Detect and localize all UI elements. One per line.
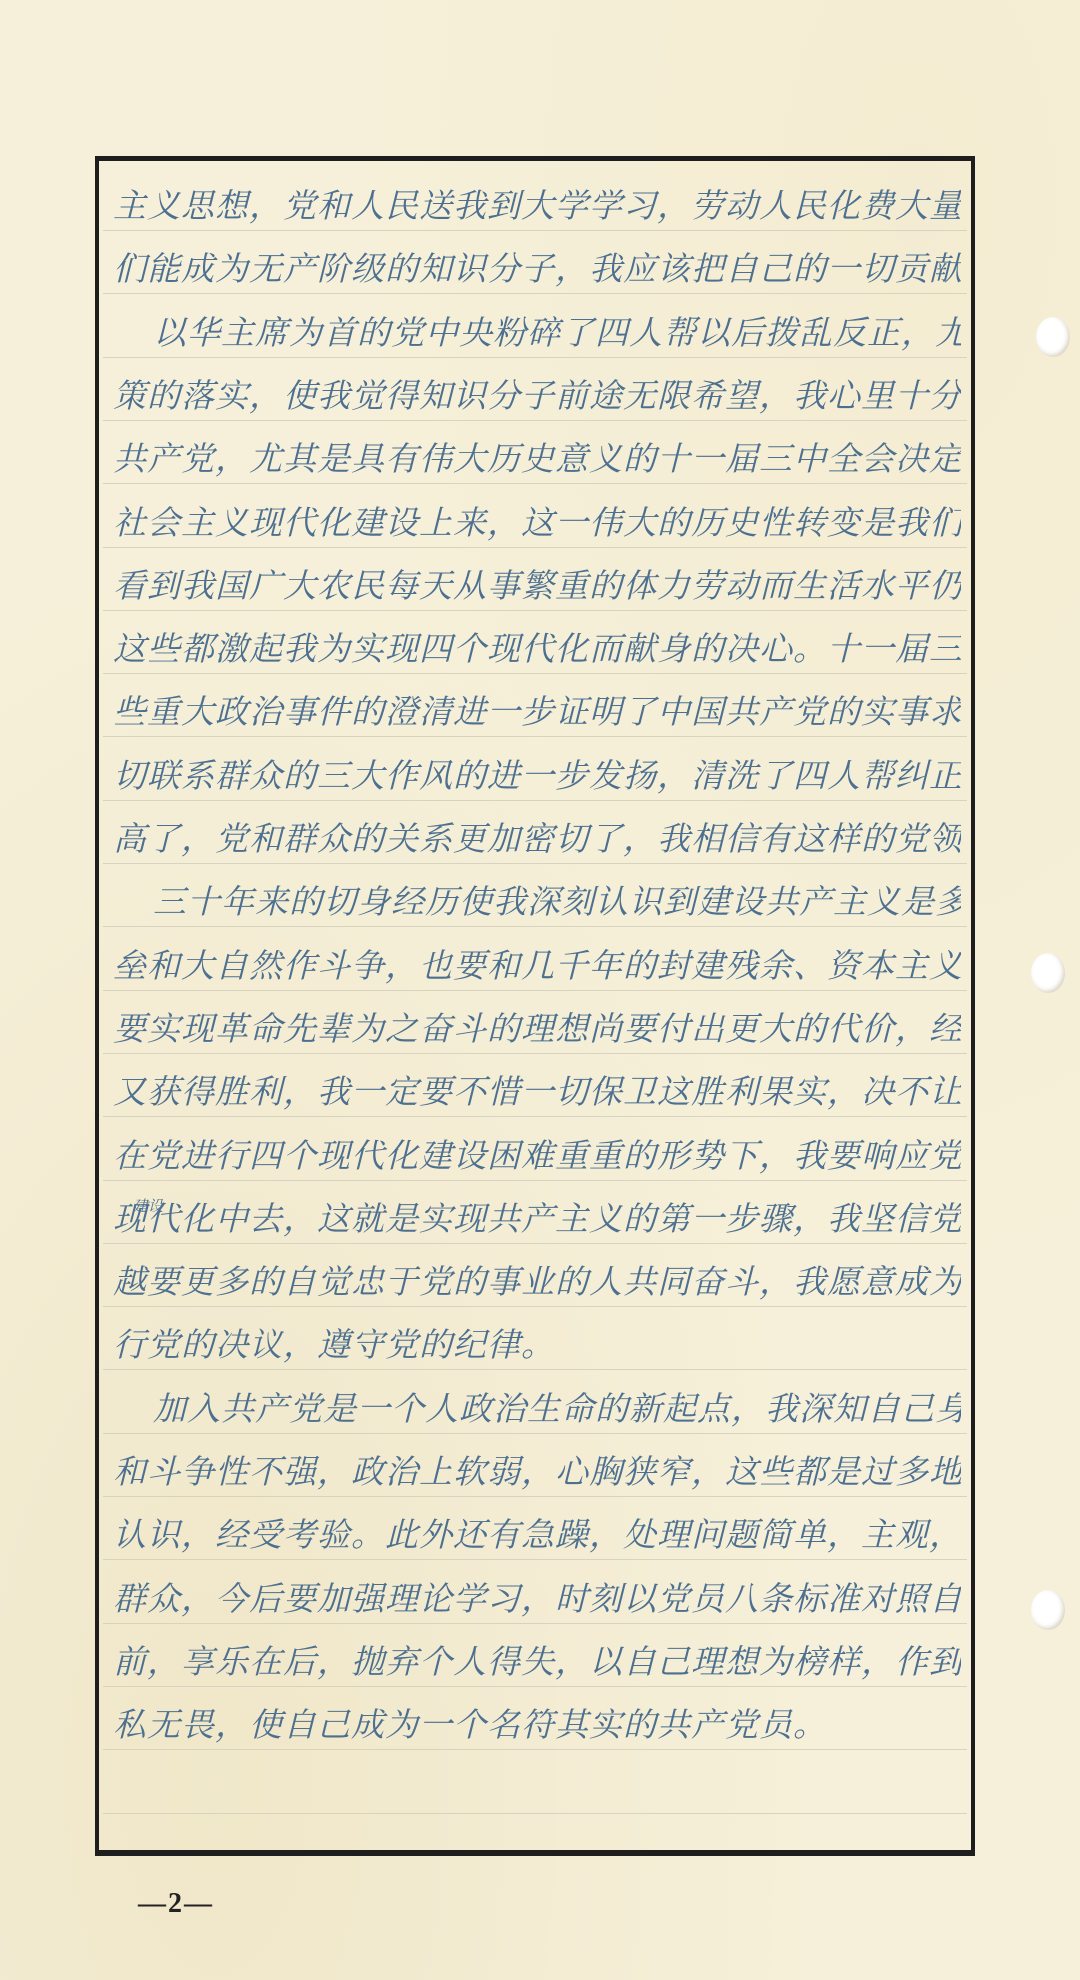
handwritten-line: 些重大政治事件的澄清进一步证明了中国共产党的实事求是，批评与自我批评和密 — [113, 686, 961, 738]
handwritten-line: 三十年来的切身经历使我深刻认识到建设共产主义是多么不容易，既要攻克科学堡 — [113, 876, 961, 928]
interlinear-note: 建设 — [133, 1195, 163, 1216]
punch-hole — [1036, 317, 1070, 357]
handwritten-line: 社会主义现代化建设上来，这一伟大的历史性转变是我们久已盼望的，在学校劳动时 — [113, 497, 961, 549]
handwritten-line: 越要更多的自觉忠于党的事业的人共同奋斗，我愿意成为这光荣集体的一员，承认党纲、党… — [113, 1256, 961, 1308]
handwritten-line: 垒和大自然作斗争，也要和几千年的封建残余、资本主义倾向和旧的习惯势力作斗争 — [113, 940, 961, 992]
handwritten-line: 共产党，尤其是具有伟大历史意义的十一届三中全会决定全党全国的工作重点转移到 — [113, 433, 961, 485]
ruled-page-frame: 主义思想，党和人民送我到大学学习，劳动人民化费大量的心血培养一个大学生是希望我们… — [95, 156, 975, 1856]
handwritten-line: 群众，今后要加强理论学习，时刻以党员八条标准对照自己行动，吃苦在 — [113, 1573, 961, 1625]
handwritten-line: 私无畏，使自己成为一个名符其实的共产党员。 — [113, 1699, 961, 1751]
handwritten-line: 和斗争性不强，政治上软弱，心胸狭窄，这些都是过多地考虑个人得失，需进一步提高 — [113, 1446, 961, 1498]
handwritten-line: 高了，党和群众的关系更加密切了，我相信有这样的党领导，我们四个现代化定会实现。 — [113, 813, 961, 865]
handwritten-line: 又获得胜利，我一定要不惜一切保卫这胜利果实，决不让它们给修正主义者破坏。在此当 — [113, 1066, 961, 1118]
punch-hole — [1031, 1590, 1065, 1630]
handwritten-line: 认识，经受考验。此外还有急躁，处理问题简单，主观，这也防碍我更密切地联系 — [113, 1509, 961, 1561]
handwritten-line: 主义思想，党和人民送我到大学学习，劳动人民化费大量的心血培养一个大学生是希望我 — [113, 180, 961, 232]
handwritten-line: 以华主席为首的党中央粉碎了四人帮以后拨乱反正，尤其是对知识分子一系列政 — [113, 307, 961, 359]
handwritten-line: 策的落实，使我觉得知识分子前途无限希望，我心里十分感激，并且更加拥护和热爱 — [113, 370, 961, 422]
handwritten-line: 在党进行四个现代化建设困难重重的形势下，我要响应党的号召关心国家命运把精力投入四… — [113, 1130, 961, 1182]
handwritten-line: 这些都激起我为实现四个现代化而献身的决心。十一届三中全会上对文化大革命中的一 — [113, 623, 961, 675]
handwritten-line: 加入共产党是一个人政治生命的新起点，我深知自己身上有许多非无产阶级思想 — [113, 1383, 961, 1435]
handwritten-line: 看到我国广大农民每天从事繁重的体力劳动而生活水平仍不富裕，我们的国家仍十分落后 — [113, 560, 961, 612]
handwritten-line: 行党的决议，遵守党的纪律。 — [113, 1319, 961, 1371]
ruled-line — [103, 1813, 967, 1814]
handwritten-line: 们能成为无产阶级的知识分子，我应该把自己的一切贡献给党，贡献给人民。 — [113, 243, 961, 295]
handwritten-line: 现代化中去，这就是实现共产主义的第一步骤，我坚信党的事业是正义的定将成功，越是困… — [113, 1193, 961, 1245]
punch-hole — [1031, 953, 1065, 993]
handwritten-line: 前，享乐在后，抛弃个人得失，以自己理想为榜样，作到鞠躬尽瘁死而后已，无 — [113, 1636, 961, 1688]
handwritten-line: 要实现革命先辈为之奋斗的理想尚要付出更大的代价，经过十多年的斗争我们党 — [113, 1003, 961, 1055]
page-number: —2— — [138, 1888, 214, 1920]
handwritten-line: 切联系群众的三大作风的进一步发扬，清洗了四人帮纠正了一些错误，党的威信更加提 — [113, 750, 961, 802]
